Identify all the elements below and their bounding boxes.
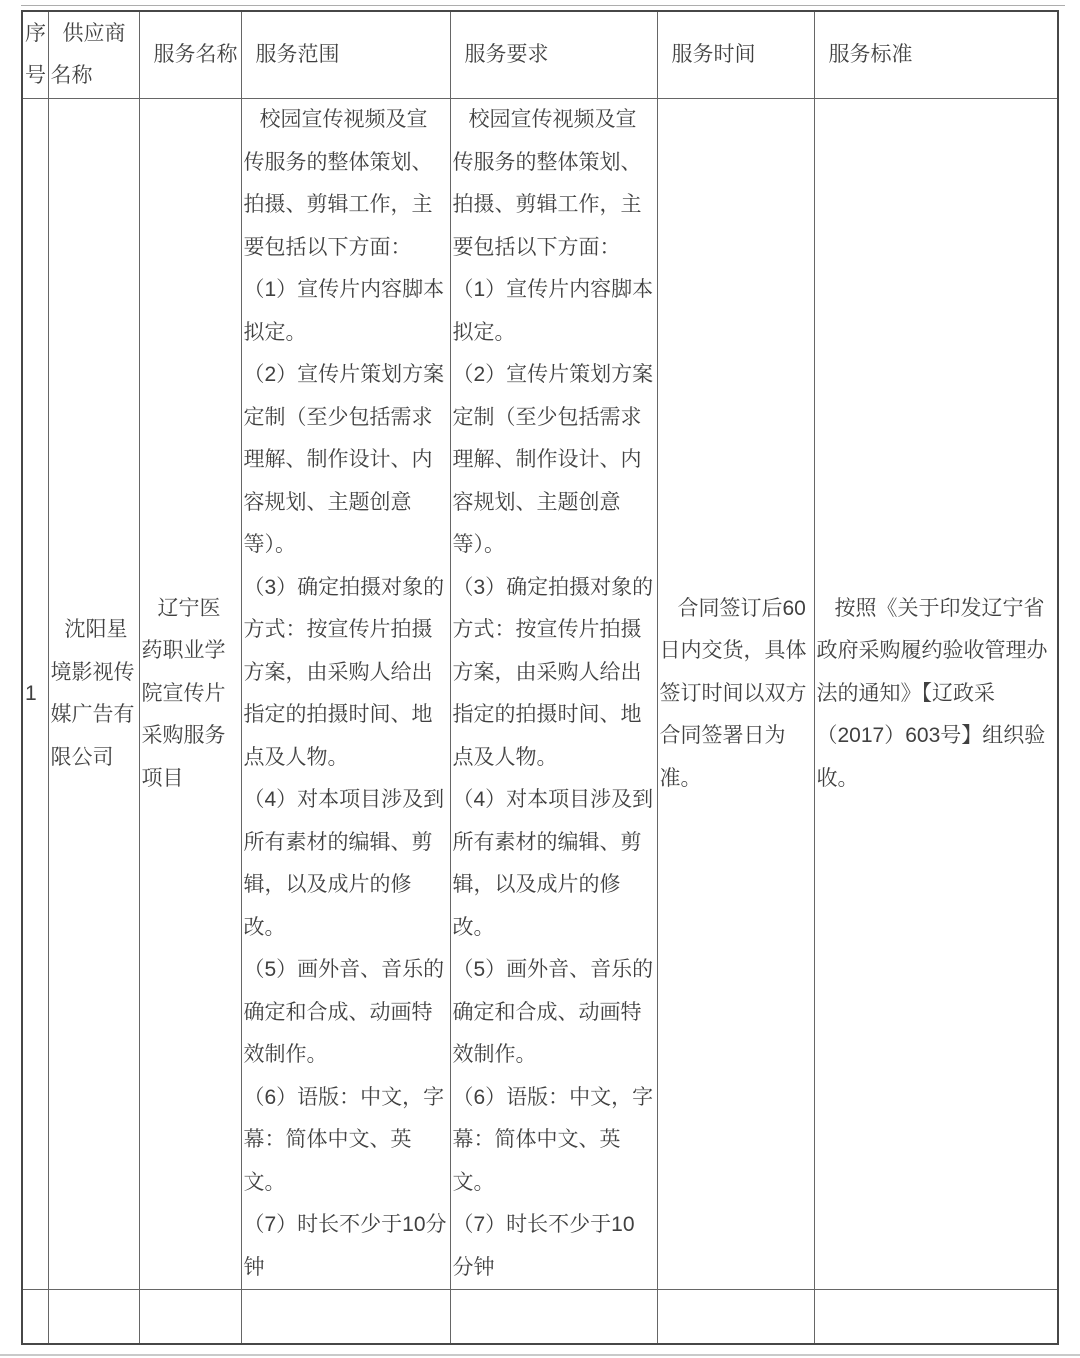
paragraph: （2）宣传片策划方案定制（至少包括需求理解、制作设计、内容规划、主题创意等）。 [453, 354, 655, 567]
paragraph: （3）确定拍摄对象的方式：按宣传片拍摄方案，由采购人给出指定的拍摄时间、地点及人… [453, 567, 655, 780]
header-label-service-time: 服务时间 [660, 34, 812, 77]
document-page: 序号 供应商名称 服务名称 服务范围 服务要求 服务时间 服务标准 1 沈阳星境… [0, 0, 1080, 1358]
empty-row [22, 1290, 1058, 1345]
paragraph: （6）语版：中文，字幕：简体中文、英文。 [244, 1077, 448, 1205]
empty-cell-seq [22, 1290, 48, 1345]
bottom-divider-line [0, 1354, 1080, 1356]
empty-cell-service-name [139, 1290, 241, 1345]
cell-service-standard: 按照《关于印发辽宁省政府采购履约验收管理办法的通知》【辽政采（2017）603号… [814, 99, 1058, 1290]
paragraph: （7）时长不少于10分钟 [244, 1204, 448, 1289]
header-cell-service-name: 服务名称 [139, 11, 241, 99]
paragraph: （5）画外音、音乐的确定和合成、动画特效制作。 [453, 949, 655, 1077]
header-label-service-scope: 服务范围 [244, 34, 448, 77]
paragraph: （6）语版：中文，字幕：简体中文、英文。 [453, 1077, 655, 1205]
supplier-name-text: 沈阳星境影视传媒广告有限公司 [51, 609, 137, 779]
header-cell-seq: 序号 [22, 11, 48, 99]
header-cell-service-time: 服务时间 [657, 11, 814, 99]
cell-service-requirement: 校园宣传视频及宣传服务的整体策划、拍摄、剪辑工作，主要包括以下方面：（1）宣传片… [450, 99, 657, 1290]
empty-cell-supplier [48, 1290, 139, 1345]
paragraph: （2）宣传片策划方案定制（至少包括需求理解、制作设计、内容规划、主题创意等）。 [244, 354, 448, 567]
cell-service-time: 合同签订后60日内交货，具体签订时间以双方合同签署日为准。 [657, 99, 814, 1290]
header-label-service-name: 服务名称 [142, 34, 239, 77]
header-cell-service-scope: 服务范围 [241, 11, 450, 99]
empty-cell-service-standard [814, 1290, 1058, 1345]
cell-service-scope: 校园宣传视频及宣传服务的整体策划、拍摄、剪辑工作，主要包括以下方面：（1）宣传片… [241, 99, 450, 1290]
service-time-text: 合同签订后60日内交货，具体签订时间以双方合同签署日为准。 [660, 588, 812, 801]
seq-value: 1 [25, 673, 46, 716]
table-row: 1 沈阳星境影视传媒广告有限公司 辽宁医药职业学院宣传片采购服务项目 校园宣传视… [22, 99, 1058, 1290]
header-label-supplier: 供应商名称 [51, 13, 137, 98]
header-cell-supplier: 供应商名称 [48, 11, 139, 99]
procurement-service-table: 序号 供应商名称 服务名称 服务范围 服务要求 服务时间 服务标准 1 沈阳星境… [21, 10, 1059, 1345]
empty-cell-service-time [657, 1290, 814, 1345]
paragraph: （5）画外音、音乐的确定和合成、动画特效制作。 [244, 949, 448, 1077]
header-label-service-requirement: 服务要求 [453, 34, 655, 77]
paragraph: （3）确定拍摄对象的方式：按宣传片拍摄方案，由采购人给出指定的拍摄时间、地点及人… [244, 567, 448, 780]
empty-cell-service-scope [241, 1290, 450, 1345]
paragraph: （4）对本项目涉及到所有素材的编辑、剪辑，以及成片的修改。 [244, 779, 448, 949]
service-standard-text: 按照《关于印发辽宁省政府采购履约验收管理办法的通知》【辽政采（2017）603号… [817, 588, 1056, 801]
paragraph: 校园宣传视频及宣传服务的整体策划、拍摄、剪辑工作，主要包括以下方面： [244, 99, 448, 269]
header-label-service-standard: 服务标准 [817, 34, 1056, 77]
paragraph: （1）宣传片内容脚本拟定。 [244, 269, 448, 354]
header-cell-service-requirement: 服务要求 [450, 11, 657, 99]
top-divider-line [21, 5, 1065, 6]
empty-cell-service-requirement [450, 1290, 657, 1345]
cell-seq: 1 [22, 99, 48, 1290]
header-row: 序号 供应商名称 服务名称 服务范围 服务要求 服务时间 服务标准 [22, 11, 1058, 99]
cell-service-name: 辽宁医药职业学院宣传片采购服务项目 [139, 99, 241, 1290]
paragraph: 校园宣传视频及宣传服务的整体策划、拍摄、剪辑工作，主要包括以下方面： [453, 99, 655, 269]
service-name-text: 辽宁医药职业学院宣传片采购服务项目 [142, 588, 239, 801]
paragraph: （7）时长不少于10分钟 [453, 1204, 655, 1289]
paragraph: （1）宣传片内容脚本拟定。 [453, 269, 655, 354]
cell-supplier-name: 沈阳星境影视传媒广告有限公司 [48, 99, 139, 1290]
paragraph: （4）对本项目涉及到所有素材的编辑、剪辑，以及成片的修改。 [453, 779, 655, 949]
header-label-seq: 序号 [25, 13, 46, 98]
header-cell-service-standard: 服务标准 [814, 11, 1058, 99]
